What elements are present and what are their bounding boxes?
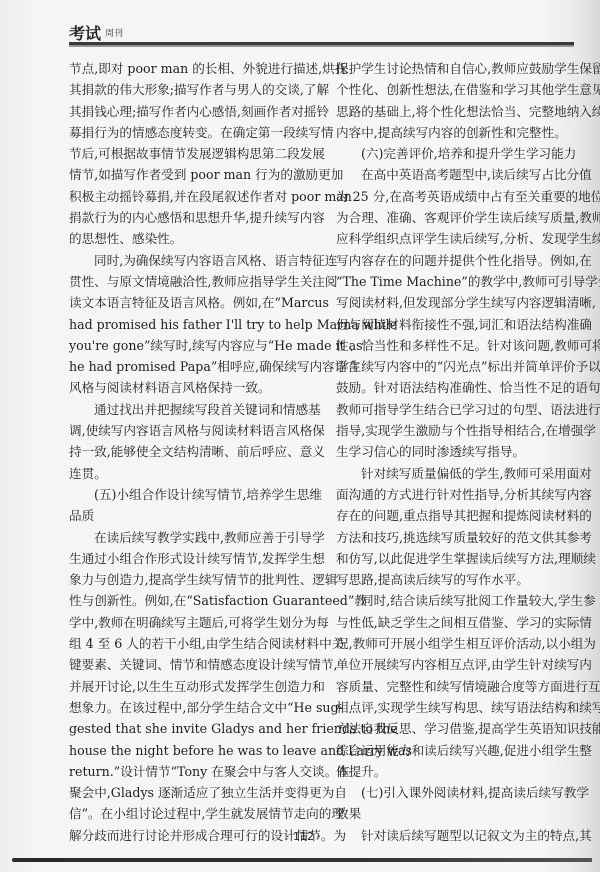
text-line: 为合理、准确、客观评价学生读后续写质量,教师 xyxy=(336,207,572,228)
text-line: 键要素、关键词、情节和情感态度设计续写情节, xyxy=(69,654,304,675)
text-line: 同时,为确保续写内容语言风格、语言特征连 xyxy=(69,250,304,271)
text-line: 聚会中,Gladys 逐渐适应了独立生活并变得更为自 xyxy=(69,782,304,803)
text-line: 体提升。 xyxy=(336,761,572,782)
text-line: 在高中英语高考题型中,读后续写占比分值 xyxy=(336,164,572,185)
journal-subtitle: 周刊 xyxy=(105,26,123,39)
text-line: 保护学生讨论热情和自信心,教师应鼓励学生保留 xyxy=(336,58,572,79)
text-line: 生学习信心的同时渗透续写指导。 xyxy=(336,441,572,462)
journal-header: 考试 周刊 xyxy=(69,21,575,41)
footer-rule xyxy=(12,858,592,862)
text-line: 与性低,缺乏学生之间相互借鉴、学习的实际情 xyxy=(336,612,572,633)
text-line: 个性化、创新性想法,在借鉴和学习其他学生意见和 xyxy=(336,79,572,100)
text-line: 象力与创造力,提高学生续写情节的批判性、逻辑 xyxy=(69,569,304,590)
text-line: 其捐钱心理;描写作者内心感悟,刻画作者对摇铃 xyxy=(69,101,304,122)
text-line: 鼓励。针对语法结构准确性、恰当性不足的语句, xyxy=(336,377,572,398)
text-line: house the night before he was to leave a… xyxy=(69,740,304,761)
text-line: 读文本语言特征及语言风格。例如,在“Marcus xyxy=(69,292,304,313)
text-line: 综合运用能力和读后续写兴趣,促进小组学生整 xyxy=(336,740,572,761)
text-line: 况,教师可开展小组学生相互评价活动,以小组为 xyxy=(336,633,572,654)
text-line: 思路的基础上,将个性化想法恰当、完整地纳入续写 xyxy=(336,101,572,122)
text-line: return.”设计情节“Tony 在聚会中与客人交谈。在 xyxy=(69,761,304,782)
text-line: 存在的问题,重点指导其把握和提炼阅读材料的 xyxy=(336,505,572,526)
text-line: 学生续写内容中的“闪光点”标出并简单评价予以 xyxy=(336,356,572,377)
text-line: 贯性、与原文情境融洽性,教师应指导学生关注阅 xyxy=(69,271,304,292)
text-line: 教师可指导学生结合已学习过的句型、语法进行 xyxy=(336,399,572,420)
text-line: 信”。在小组讨论过程中,学生就发展情节走向的理 xyxy=(69,803,304,824)
text-line: 捐款行为的内心感悟和思想升华,提升续写内容 xyxy=(69,207,304,228)
text-line: 和仿写,以此促进学生掌握读后续写方法,理顺续 xyxy=(336,548,572,569)
text-line: 积极主动摇铃募捐,并在段尾叙述作者对 poor man xyxy=(69,186,304,207)
text-line: 品质 xyxy=(69,505,304,526)
text-line: 针对读后续写题型以记叙文为主的特点,其 xyxy=(336,825,572,846)
text-line: he had promised Papa”相呼应,确保续写内容语言 xyxy=(69,356,304,377)
text-line: 内容中,提高续写内容的创新性和完整性。 xyxy=(336,122,572,143)
text-line: 的思想性、感染性。 xyxy=(69,228,304,249)
text-line: 想象力。在该过程中,部分学生结合文中“He sug- xyxy=(69,697,304,718)
text-line: 应科学组织点评学生读后续写,分析、发现学生续 xyxy=(336,228,572,249)
text-line: 风格与阅读材料语言风格保持一致。 xyxy=(69,377,304,398)
left-text-column: 节点,即对 poor man 的长相、外貌进行描述,烘托其捐款的伟大形象;描写作… xyxy=(69,58,304,846)
text-line: 为 25 分,在高考英语成绩中占有至关重要的地位。 xyxy=(336,186,572,207)
text-line: 调,使续写内容语言风格与阅读材料语言风格保 xyxy=(69,420,304,441)
text-line: 持一致,能够使全文结构清晰、前后呼应、意义 xyxy=(69,441,304,462)
text-line: 学中,教师在明确续写主题后,可将学生划分为每 xyxy=(69,612,304,633)
text-line: 单位开展续写内容相互点评,由学生针对续写内 xyxy=(336,654,572,675)
text-line: 节点,即对 poor man 的长相、外貌进行描述,烘托 xyxy=(69,58,304,79)
text-line: had promised his father I'll try to help… xyxy=(69,314,304,335)
text-line: 指导,实现学生激励与个性指导相结合,在增强学 xyxy=(336,420,572,441)
journal-title: 考试 xyxy=(69,21,101,44)
text-line: 针对续写质量偏低的学生,教师可采用面对 xyxy=(336,463,572,484)
section-heading: (六)完善评价,培养和提升学生学习能力 xyxy=(336,143,572,164)
text-line: 写内容存在的问题并提供个性化指导。例如,在 xyxy=(336,250,572,271)
journal-page: 考试 周刊 节点,即对 poor man 的长相、外貌进行描述,烘托其捐款的伟大… xyxy=(0,0,600,872)
page-number: · 112 · xyxy=(286,830,321,843)
text-line: 效果 xyxy=(336,803,572,824)
text-line: 生通过小组合作形式设计续写情节,发挥学生想 xyxy=(69,548,304,569)
text-line: 在读后续写教学实践中,教师应善于引导学 xyxy=(69,527,304,548)
header-rule-thin xyxy=(69,46,574,47)
text-line: “The Time Machine”的教学中,教师可引导学生续 xyxy=(336,271,572,292)
text-line: 方法和技巧,挑选续写质量较好的范文供其参考 xyxy=(336,527,572,548)
text-line: 情节,如描写作者受到 poor man 行为的激励更加 xyxy=(69,164,304,185)
text-line: 方法自我反思、学习借鉴,提高学生英语知识技能 xyxy=(336,718,572,739)
text-line: 其捐款的伟大形象;描写作者与男人的交谈,了解 xyxy=(69,79,304,100)
text-line: 但与阅读材料衔接性不强,词汇和语法结构准确 xyxy=(336,314,572,335)
text-line: 面沟通的方式进行针对性指导,分析其续写内容 xyxy=(336,484,572,505)
text-line: 解分歧而进行讨论并形成合理可行的设计情节。为 xyxy=(69,825,304,846)
text-line: 写思路,提高读后续写的写作水平。 xyxy=(336,569,572,590)
text-line: 容质量、完整性和续写情境融合度等方面进行互 xyxy=(336,676,572,697)
text-line: you're gone”续写时,续写内容应与“He made it as xyxy=(69,335,304,356)
text-line: 节后,可根据故事情节发展逻辑构思第二段发展 xyxy=(69,143,304,164)
text-line: 连贯。 xyxy=(69,463,304,484)
text-line: 写阅读材料,但发现部分学生续写内容逻辑清晰, xyxy=(336,292,572,313)
text-line: gested that she invite Gladys and her fr… xyxy=(69,718,304,739)
right-text-column: 保护学生讨论热情和自信心,教师应鼓励学生保留个性化、创新性想法,在借鉴和学习其他… xyxy=(336,58,572,846)
text-line: 性与创新性。例如,在“Satisfaction Guaranteed”教 xyxy=(69,590,304,611)
text-line: 并展开讨论,以生生互动形式发挥学生创造力和 xyxy=(69,676,304,697)
text-line: 募捐行为的情感态度转变。在确定第一段续写情 xyxy=(69,122,304,143)
text-line: (七)引入课外阅读材料,提高读后续写教学 xyxy=(336,782,572,803)
text-line: (五)小组合作设计续写情节,培养学生思维 xyxy=(69,484,304,505)
text-line: 相点评,实现学生续写构思、续写语法结构和续写 xyxy=(336,697,572,718)
text-line: 性、恰当性和多样性不足。针对该问题,教师可将 xyxy=(336,335,572,356)
text-line: 组 4 至 6 人的若干小组,由学生结合阅读材料中关 xyxy=(69,633,304,654)
text-line: 通过找出并把握续写段首关键词和情感基 xyxy=(69,399,304,420)
text-line: 同时,结合读后续写批阅工作量较大,学生参 xyxy=(336,590,572,611)
